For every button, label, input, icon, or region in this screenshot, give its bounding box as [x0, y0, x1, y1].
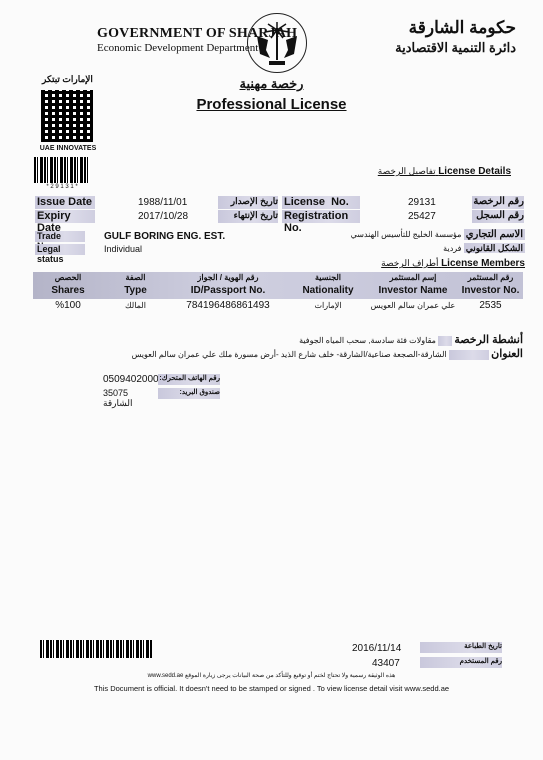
- footer-note-en: This Document is official. It doesn't ne…: [0, 684, 543, 693]
- column-header-en: Investor No.: [458, 284, 523, 298]
- department-title-en: Economic Development Department: [97, 42, 258, 54]
- license-no-label: License No.: [282, 196, 360, 209]
- column-header-ar: الجنسية: [288, 272, 368, 284]
- palm-flags-emblem-icon: [248, 14, 306, 72]
- license-barcode: [34, 157, 90, 183]
- address-label: العنوان: [491, 348, 523, 360]
- expiry-date-label: Expiry Date: [35, 210, 95, 223]
- registration-no-value: 25427: [408, 211, 436, 222]
- members-column-name: إسم المستثمرInvestor Nameعلي عمران سالم …: [368, 272, 458, 312]
- column-header-ar: الصفة: [103, 272, 168, 284]
- address-label-shade: [449, 350, 489, 360]
- activities-value: مقاولات فئة سادسة, سحب المياه الجوفية: [299, 336, 436, 345]
- user-no-value: 43407: [372, 658, 400, 669]
- issue-date-label-ar: تاريخ الإصدار: [218, 196, 278, 209]
- column-header-ar: رقم المستثمر: [458, 272, 523, 284]
- members-column-type: الصفةTypeالمالك: [103, 272, 168, 312]
- members-column-shares: الحصصShares%100: [33, 272, 103, 312]
- mobile-value: 0509402000: [103, 374, 159, 385]
- license-details-heading-en: License Details: [438, 166, 511, 177]
- legal-status-value-ar: فردية: [443, 244, 461, 253]
- members-cell-type: المالك: [103, 298, 168, 312]
- expiry-date-value: 2017/10/28: [138, 211, 188, 222]
- column-header-en: ID/Passport No.: [168, 284, 288, 298]
- address-row: العنوان الشارقة-الصجعة صناعية/الشارقة- خ…: [132, 347, 523, 360]
- mobile-label: رقم الهاتف المتحرك:: [158, 374, 220, 385]
- license-members-heading-en: License Members: [441, 258, 525, 269]
- footer-barcode: [40, 640, 152, 658]
- members-cell-id: 784196486861493: [168, 298, 288, 312]
- issue-date-value: 1988/11/01: [138, 197, 187, 208]
- uae-innovates-ar: الإمارات تبتكر: [40, 74, 95, 85]
- uae-innovates-en: UAE INNOVATES: [37, 145, 99, 152]
- activities-label-shade: [438, 336, 452, 346]
- print-date-label: تاريخ الطباعة: [420, 642, 502, 653]
- license-details-heading-ar: تفاصيل الرخصة: [378, 166, 436, 176]
- government-title-ar: حكومة الشارقة: [409, 18, 516, 38]
- column-header-en: Shares: [33, 284, 103, 298]
- legal-status-label: Legal status: [35, 244, 85, 255]
- legal-status-row-ar: الشكل القانوني فردية: [443, 243, 525, 254]
- qr-code: [41, 90, 93, 142]
- license-members-heading: أطراف الرخصة License Members: [381, 258, 525, 269]
- column-header-ar: الحصص: [33, 272, 103, 284]
- trade-name-value: GULF BORING ENG. EST.: [104, 231, 225, 242]
- legal-status-value: Individual: [104, 244, 142, 254]
- pobox-label: صندوق البريد:: [158, 388, 220, 399]
- barcode-number: * 2 9 1 3 1 *: [31, 184, 93, 190]
- emblem-logo: [247, 13, 307, 73]
- members-cell-investor_no: 2535: [458, 298, 523, 312]
- user-no-label: رقم المستخدم: [420, 657, 502, 668]
- members-column-investor_no: رقم المستثمرInvestor No.2535: [458, 272, 523, 312]
- license-no-value: 29131: [408, 197, 436, 208]
- trade-name-label-ar: الاسم التجاري: [464, 229, 525, 240]
- members-table: الحصصShares%100الصفةTypeالمالكرقم الهوية…: [33, 272, 523, 332]
- license-no-label-ar: رقم الرخصة: [472, 196, 524, 209]
- activities-label: أنشطة الرخصة: [454, 334, 523, 346]
- members-cell-nationality: الإمارات: [288, 298, 368, 312]
- column-header-en: Nationality: [288, 284, 368, 298]
- trade-name-row-ar: الاسم التجاري مؤسسة الخليج للتأسيس الهند…: [351, 229, 525, 240]
- address-value: الشارقة-الصجعة صناعية/الشارقة- خلف شارع …: [132, 350, 447, 359]
- license-details-heading: تفاصيل الرخصة License Details: [378, 166, 511, 177]
- column-header-ar: إسم المستثمر: [368, 272, 458, 284]
- issue-date-label: Issue Date: [35, 196, 95, 209]
- trade-name-label: Trade Name: [35, 231, 85, 242]
- registration-no-label: Registration No.: [282, 210, 360, 223]
- members-column-id: رقم الهوية / الجوازID/Passport No.784196…: [168, 272, 288, 312]
- print-date-value: 2016/11/14: [352, 643, 401, 654]
- column-header-en: Investor Name: [368, 284, 458, 298]
- pobox-value: 35075 الشارقة: [103, 388, 153, 409]
- footer-note-ar: هذه الوثيقة رسمية ولا تحتاج لختم أو توقي…: [0, 672, 543, 679]
- activities-row: أنشطة الرخصة مقاولات فئة سادسة, سحب المي…: [299, 333, 523, 346]
- members-column-nationality: الجنسيةNationalityالإمارات: [288, 272, 368, 312]
- legal-status-label-ar: الشكل القانوني: [464, 243, 525, 253]
- registration-no-label-ar: رقم السجل: [472, 210, 524, 223]
- column-header-ar: رقم الهوية / الجواز: [168, 272, 288, 284]
- members-cell-name: علي عمران سالم العويس: [368, 298, 458, 312]
- column-header-en: Type: [103, 284, 168, 298]
- trade-name-value-ar: مؤسسة الخليج للتأسيس الهندسي: [351, 230, 462, 239]
- expiry-date-label-ar: تاريخ الإنتهاء: [218, 210, 278, 223]
- members-cell-shares: %100: [33, 298, 103, 312]
- department-title-ar: دائرة التنمية الاقتصادية: [395, 40, 516, 56]
- license-members-heading-ar: أطراف الرخصة: [381, 258, 438, 268]
